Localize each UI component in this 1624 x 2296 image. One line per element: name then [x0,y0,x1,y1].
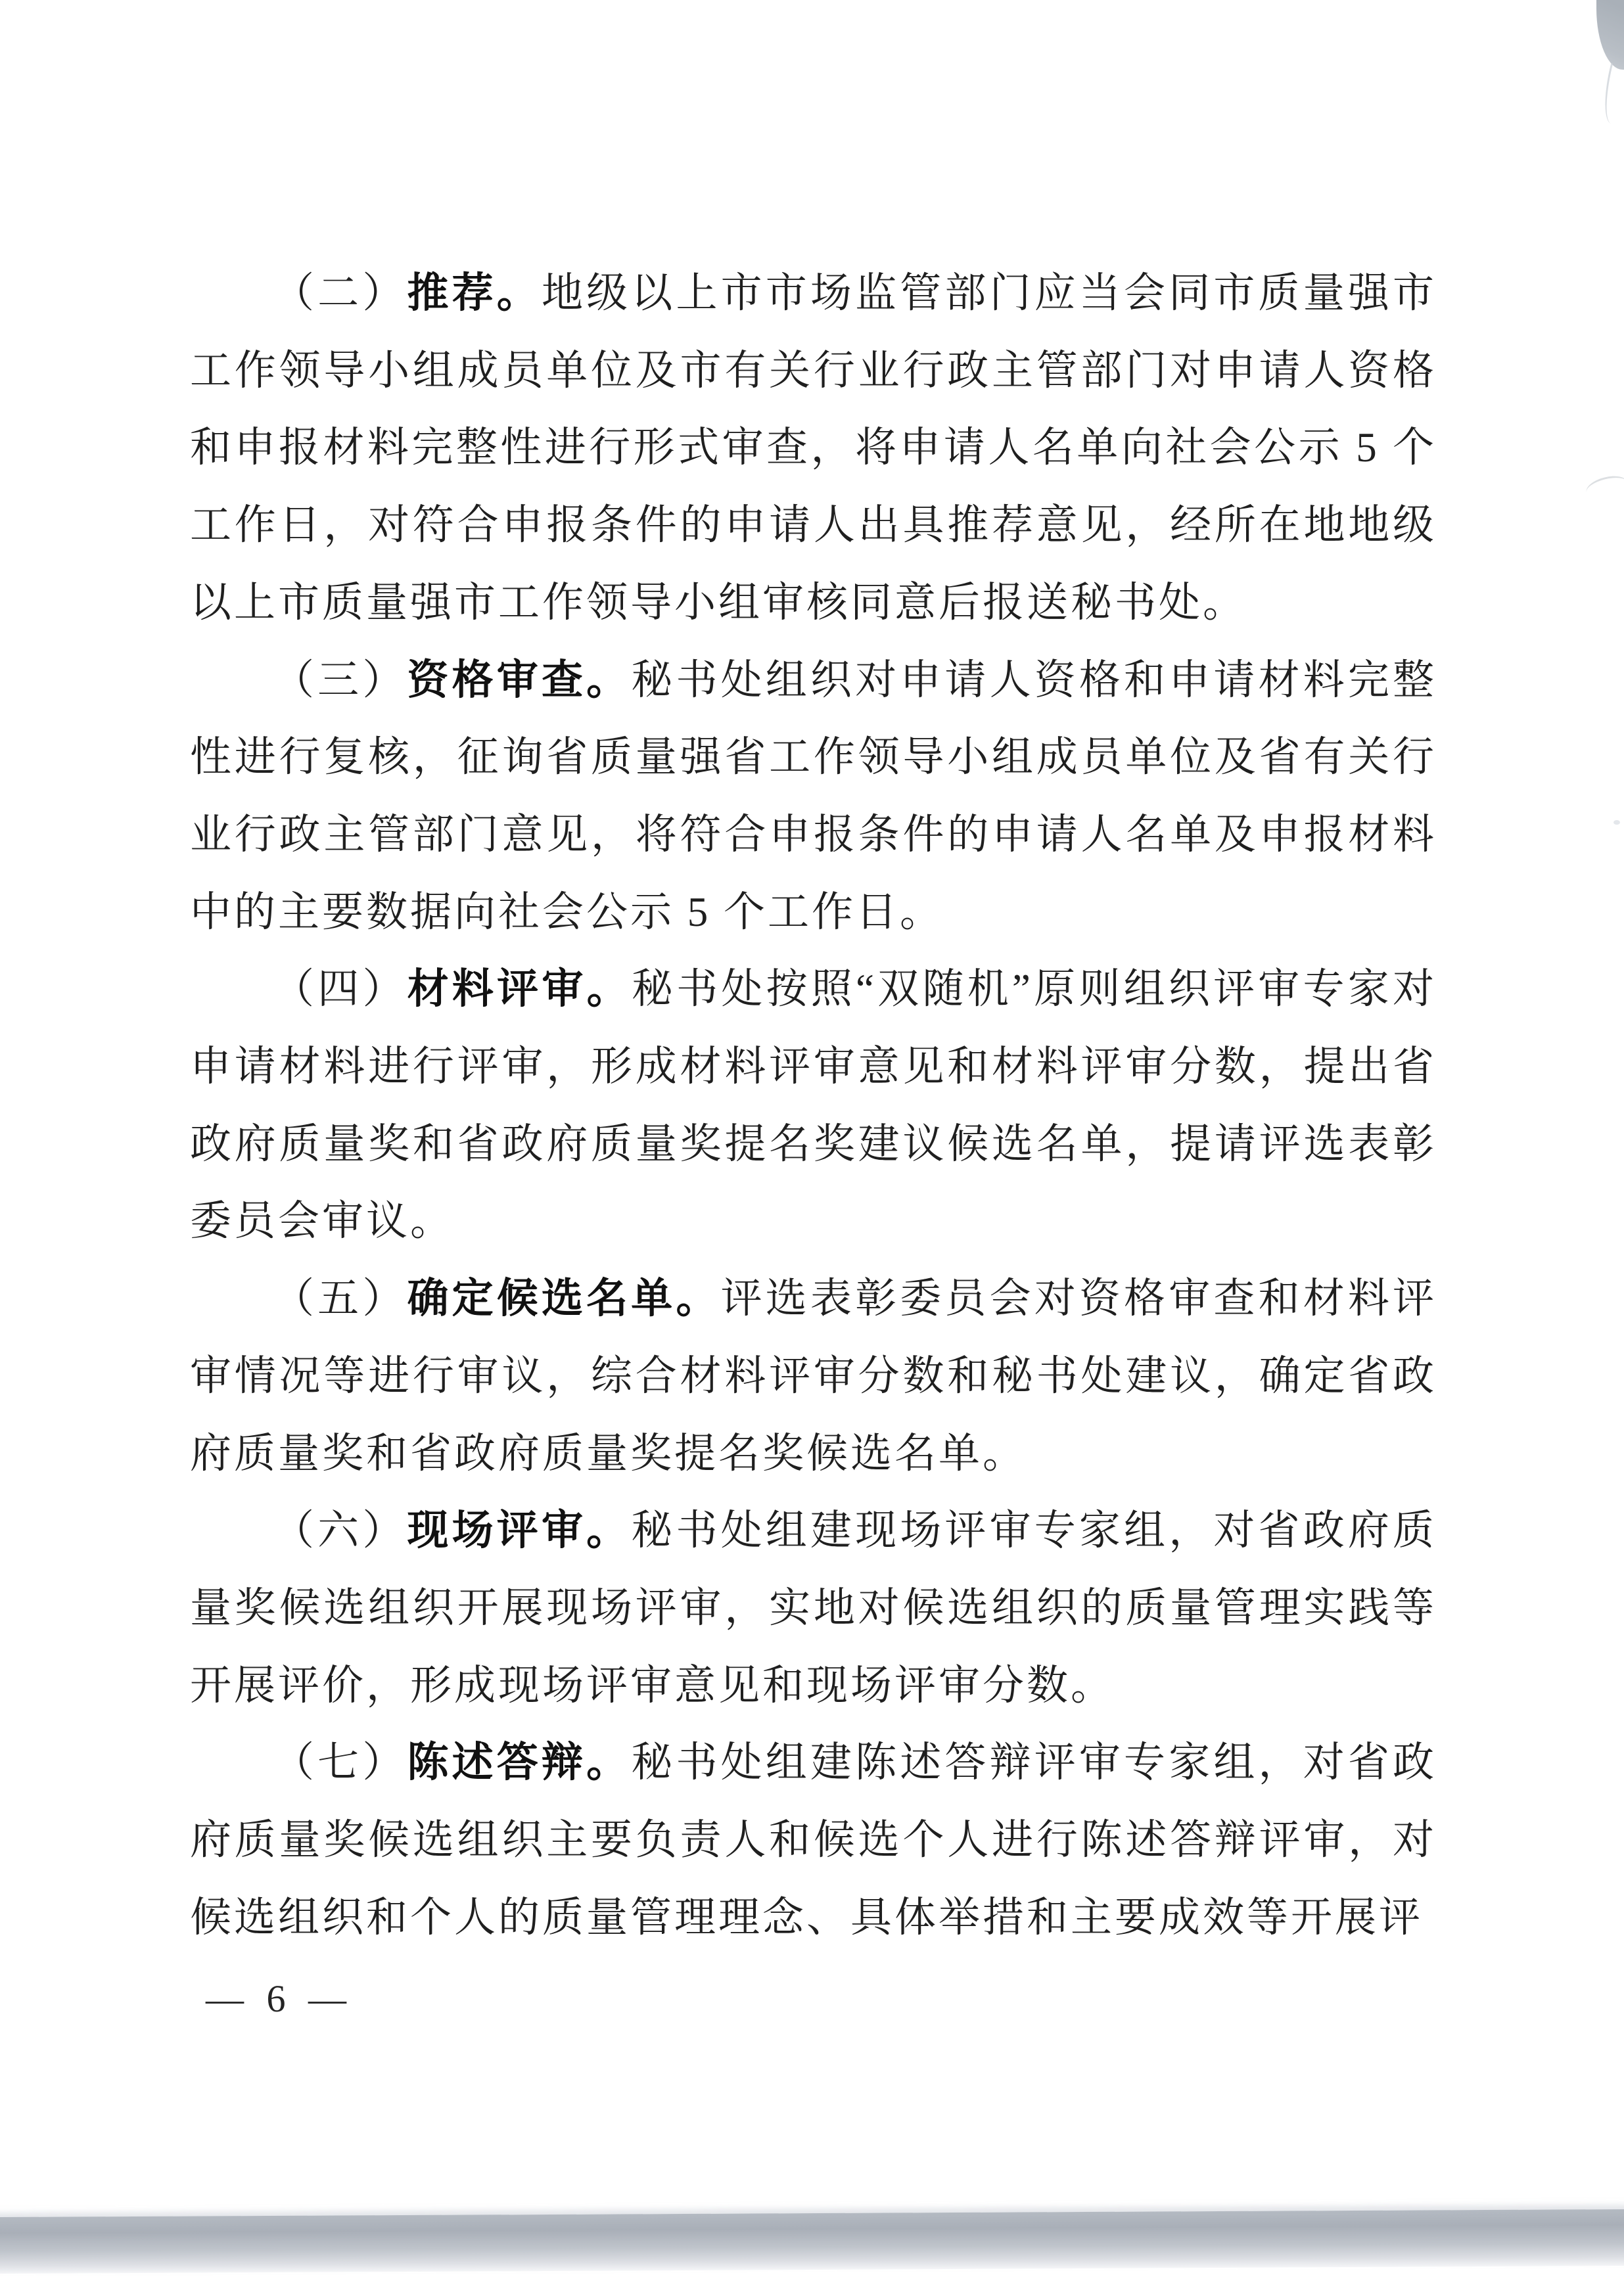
scan-speck-artifact [1613,820,1620,825]
paragraph-section-4: （四）材料评审。秘书处按照“双随机”原则组织评审专家对申请材料进行评审，形成材料… [190,951,1437,1260]
paragraph-section-3: （三）资格审查。秘书处组织对申请人资格和申请材料完整性进行复核，征询省质量强省工… [190,642,1437,952]
section-heading: 现场评审。 [407,1507,631,1553]
section-number: （三） [273,657,407,703]
scan-edge-shadow [0,2209,1624,2274]
section-number: （五） [273,1275,407,1321]
paragraph-section-5: （五）确定候选名单。评选表彰委员会对资格审查和材料评审情况等进行审议，综合材料评… [190,1260,1437,1492]
page-number: — 6 — [206,1977,353,2021]
section-number: （四） [273,966,407,1012]
paragraph-section-7: （七）陈述答辩。秘书处组建陈述答辩评审专家组，对省政府质量奖候选组织主要负责人和… [190,1724,1437,1956]
section-number: （二） [273,270,407,316]
section-heading: 资格审查。 [407,657,631,703]
scan-smudge-artifact [1584,472,1624,503]
paragraph-section-2: （二）推荐。地级以上市市场监管部门应当会同市质量强市工作领导小组成员单位及市有关… [190,255,1437,642]
document-page: { "page": { "number_label": "— 6 —" }, "… [0,0,1624,2296]
section-heading: 确定候选名单。 [407,1275,720,1321]
paragraph-section-6: （六）现场评审。秘书处组建现场评审专家组，对省政府质量奖候选组织开展现场评审，实… [190,1492,1437,1724]
section-heading: 陈述答辩。 [407,1739,631,1785]
section-heading: 材料评审。 [407,966,632,1012]
section-heading: 推荐。 [407,270,541,316]
section-number: （七） [273,1739,407,1785]
section-number: （六） [273,1507,407,1553]
scan-corner-streak [1597,63,1624,125]
section-body-text: 地级以上市市场监管部门应当会同市质量强市工作领导小组成员单位及市有关行业行政主管… [190,270,1437,626]
document-body: （二）推荐。地级以上市市场监管部门应当会同市质量强市工作领导小组成员单位及市有关… [190,255,1437,1956]
scan-corner-artifact [1596,0,1624,70]
